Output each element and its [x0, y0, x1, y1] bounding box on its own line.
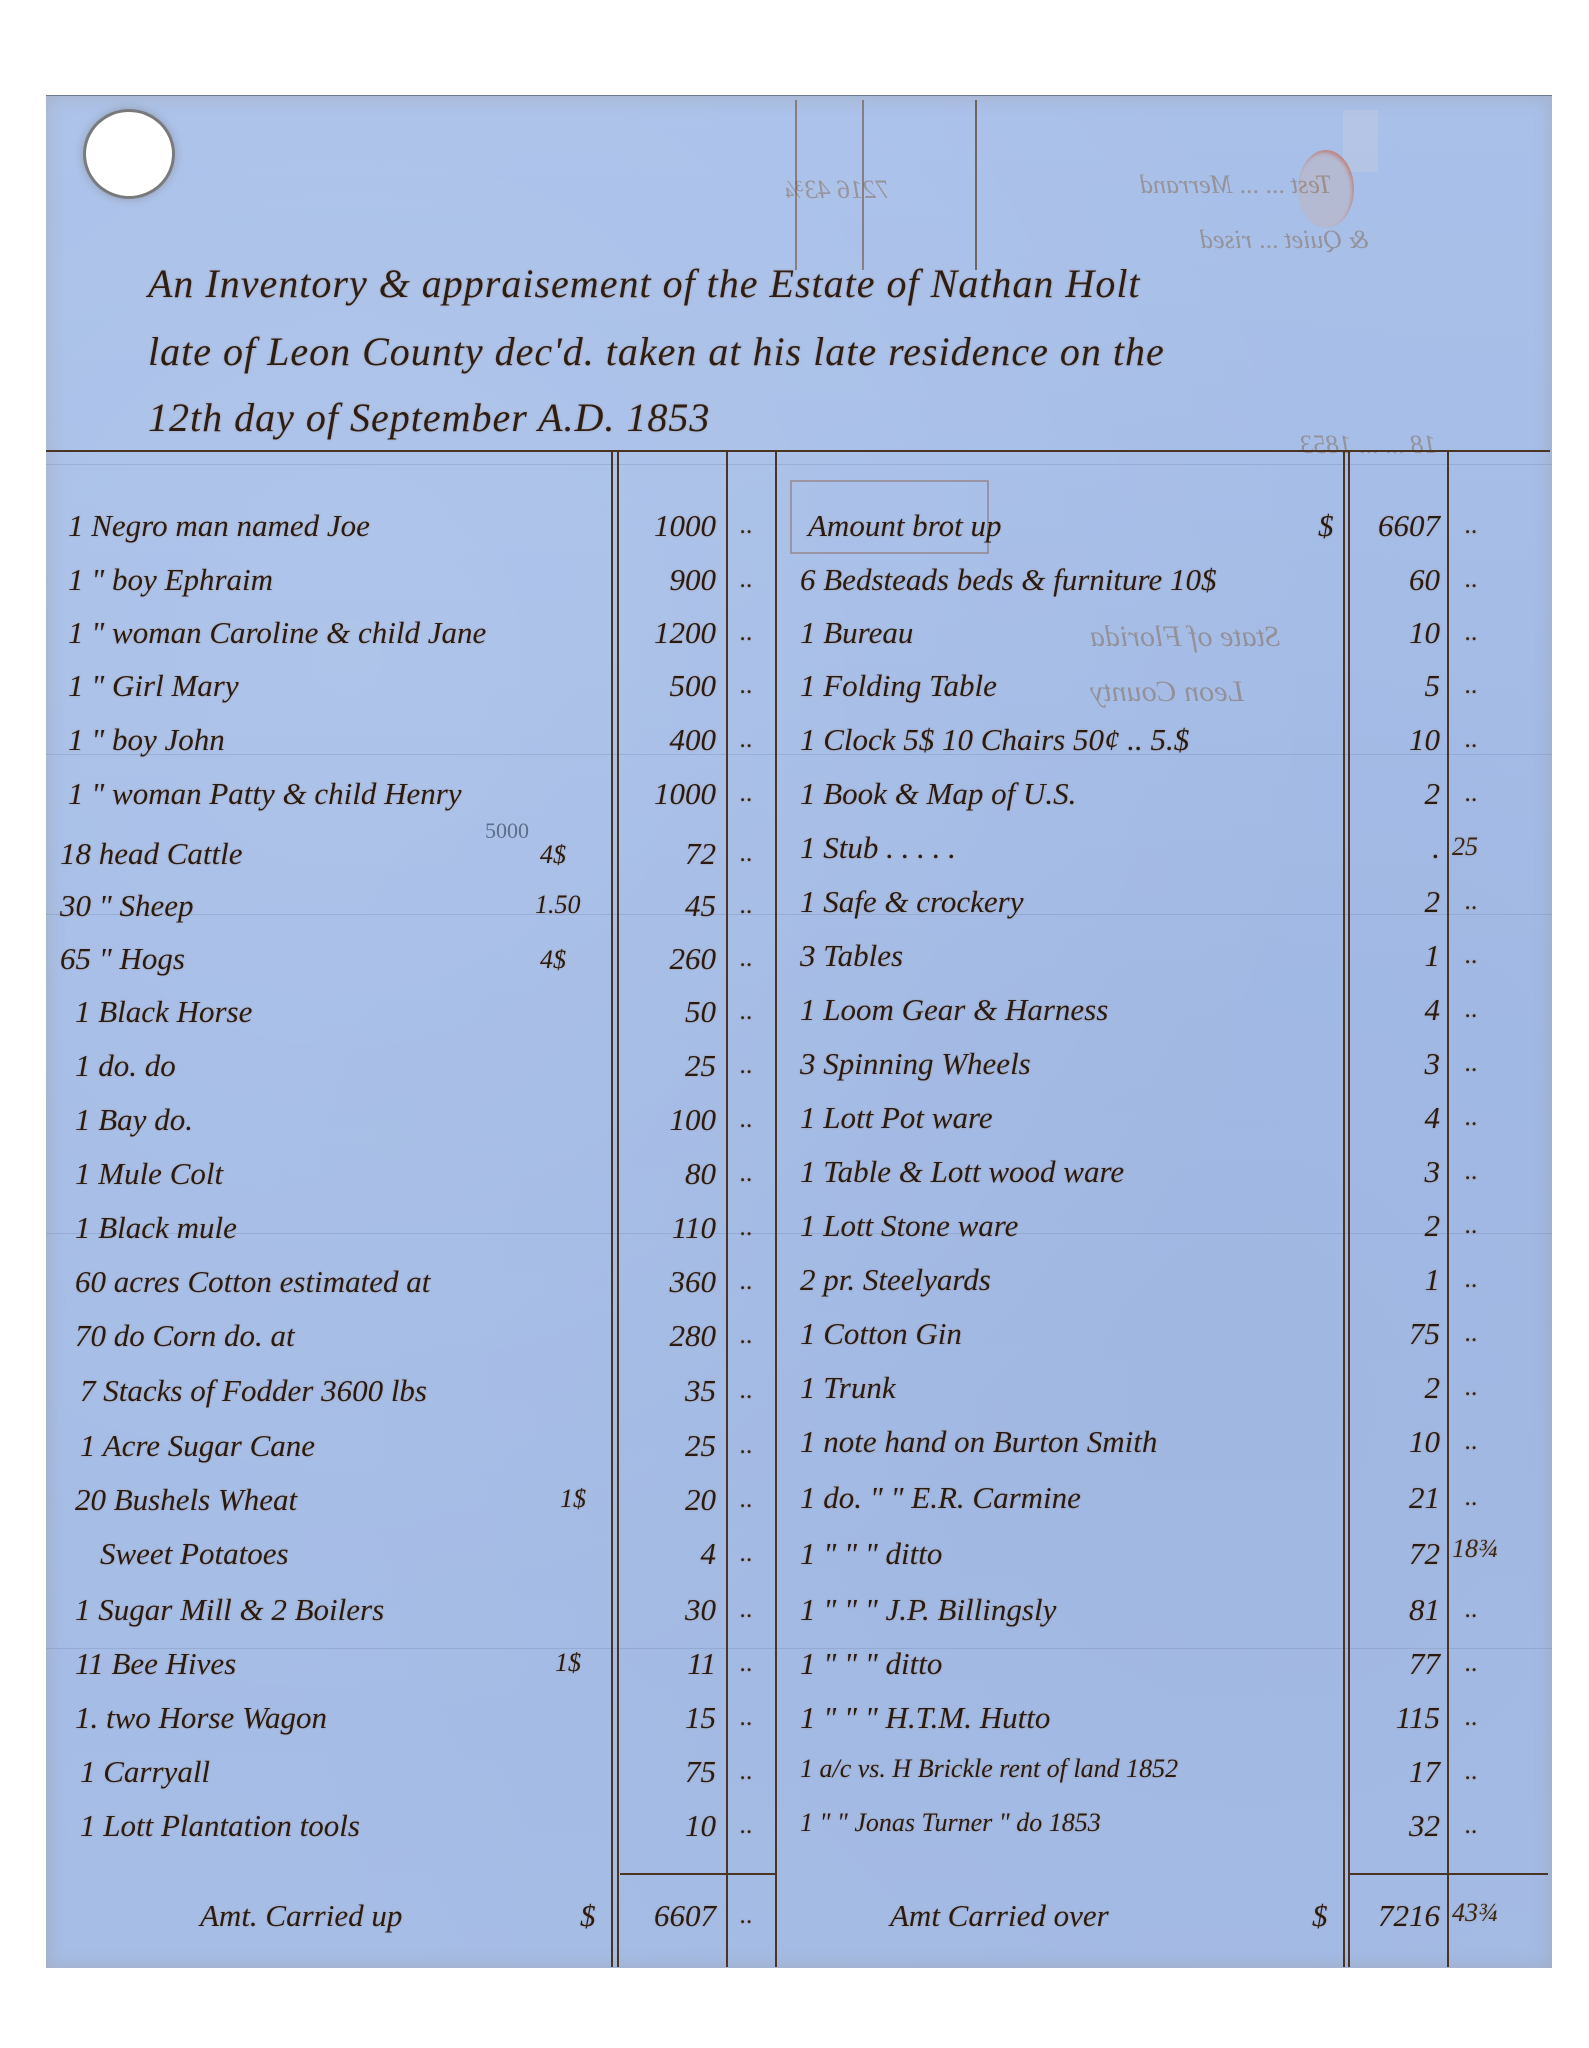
item-description: 1 Bureau [800, 617, 913, 648]
item-amount: 15 [618, 1702, 716, 1733]
item-rate: 1$ [555, 1650, 581, 1676]
item-cents: .. [1465, 1320, 1478, 1346]
item-amount: 400 [618, 724, 716, 755]
bleed-through-text: Leon County [1090, 675, 1244, 709]
right-amount-rule-a [1343, 452, 1345, 1967]
item-cents: .. [740, 1650, 753, 1676]
item-description: 1 " " " ditto [800, 1538, 942, 1569]
item-description: 1 Negro man named Joe [68, 510, 370, 541]
item-cents: .. [740, 1758, 753, 1784]
item-cents: .. [740, 726, 753, 752]
page-divider-rule [775, 452, 777, 1967]
item-amount: 110 [618, 1212, 716, 1243]
item-amount: 25 [618, 1050, 716, 1081]
item-amount: 45 [618, 890, 716, 921]
item-description: 1 " Girl Mary [68, 670, 239, 701]
item-rate: 1$ [560, 1486, 586, 1512]
item-description: Sweet Potatoes [100, 1538, 289, 1569]
document-title-line-1: An Inventory & appraisement of the Estat… [148, 260, 1141, 307]
item-amount: 32 [1350, 1810, 1440, 1841]
item-description: 1 Mule Colt [75, 1158, 223, 1189]
item-description: 1 Lott Plantation tools [80, 1810, 360, 1841]
item-description: 1 Acre Sugar Cane [80, 1430, 315, 1461]
paper-ruling [46, 1648, 1552, 1649]
item-cents: .. [1465, 512, 1478, 538]
document-title-line-3: 12th day of September A.D. 1853 [148, 394, 710, 441]
item-amount: 2 [1350, 778, 1440, 809]
item-cents: .. [1465, 1158, 1478, 1184]
right-subtotal-rule [1348, 1873, 1548, 1875]
item-amount: 360 [618, 1266, 716, 1297]
item-description: 7 Stacks of Fodder 3600 lbs [80, 1375, 427, 1406]
item-cents: .. [1465, 780, 1478, 806]
item-cents: .. [740, 672, 753, 698]
left-amount-rule-a [611, 452, 613, 1967]
item-cents: .. [740, 1160, 753, 1186]
item-amount: 80 [618, 1158, 716, 1189]
item-description: 1 Black Horse [75, 996, 252, 1027]
paper-ruling [46, 1233, 1552, 1234]
bleed-through-text: 7216 43¾ [785, 175, 889, 205]
item-cents: .. [1465, 1704, 1478, 1730]
item-amount: 75 [618, 1756, 716, 1787]
dollar-sign: $ [1318, 510, 1334, 541]
item-description: 1 Sugar Mill & 2 Boilers [75, 1594, 384, 1625]
item-cents: .. [740, 1377, 753, 1403]
item-cents: .. [1465, 1266, 1478, 1292]
item-amount: 1000 [618, 778, 716, 809]
paper-repair-patch [1343, 110, 1378, 172]
item-description: 60 acres Cotton estimated at [75, 1266, 430, 1297]
item-cents: .. [740, 1540, 753, 1566]
item-cents: .. [1465, 888, 1478, 914]
item-cents: .. [740, 1596, 753, 1622]
item-amount: 900 [618, 564, 716, 595]
item-cents: .. [1465, 619, 1478, 645]
item-amount: 21 [1350, 1482, 1440, 1513]
item-description: 30 " Sheep [60, 890, 194, 921]
item-amount: 3 [1350, 1048, 1440, 1079]
item-description: 3 Tables [800, 940, 903, 971]
item-amount: 1 [1350, 940, 1440, 971]
faint-column-rule [975, 100, 977, 270]
item-amount: 115 [1350, 1702, 1440, 1733]
bleed-through-text: 18 ... ... 1853 [1300, 430, 1437, 460]
item-cents: .. [1465, 1812, 1478, 1838]
item-description: 1 do. " " E.R. Carmine [800, 1482, 1081, 1513]
item-description: 1 " woman Patty & child Henry [68, 778, 462, 809]
item-description: 1 note hand on Burton Smith [800, 1426, 1157, 1457]
item-amount: 1000 [618, 510, 716, 541]
item-cents: .. [740, 566, 753, 592]
bleed-through-text: Test ... ... Merrand [1140, 170, 1332, 200]
item-cents: .. [740, 619, 753, 645]
item-amount: 2 [1350, 1372, 1440, 1403]
item-cents: .. [1465, 1428, 1478, 1454]
item-description: 1 do. do [75, 1050, 176, 1081]
paper-ruling [46, 914, 1552, 915]
item-rate: 4$ [540, 842, 566, 868]
item-description: 1 a/c vs. H Brickle rent of land 1852 [800, 1756, 1178, 1782]
item-amount: 50 [618, 996, 716, 1027]
item-description: 1 " boy Ephraim [68, 564, 273, 595]
item-description: 1 Black mule [75, 1212, 237, 1243]
dollar-sign: $ [580, 1900, 596, 1931]
item-amount: 4 [1350, 994, 1440, 1025]
item-description: 1 " " Jonas Turner " do 1853 [800, 1810, 1101, 1836]
bleed-through-text: & Quiet ... rised [1200, 225, 1369, 255]
right-cents-rule [1447, 452, 1449, 1967]
item-amount: 6607 [1350, 510, 1440, 541]
item-amount: 280 [618, 1320, 716, 1351]
item-cents: .. [1465, 726, 1478, 752]
total-cents: 43¾ [1452, 1900, 1498, 1926]
item-cents: .. [740, 1812, 753, 1838]
item-cents: .. [1465, 1484, 1478, 1510]
item-description: 1 Folding Table [800, 670, 997, 701]
pencil-annotation: 5000 [485, 818, 529, 844]
item-amount: 60 [1350, 564, 1440, 595]
ledger-sheet [46, 95, 1552, 1968]
item-cents: .. [740, 945, 753, 971]
item-description: 3 Spinning Wheels [800, 1048, 1031, 1079]
item-description: 1 Book & Map of U.S. [800, 778, 1076, 809]
item-amount: 81 [1350, 1594, 1440, 1625]
paper-ruling [46, 464, 1552, 465]
item-cents: .. [1465, 1650, 1478, 1676]
item-amount: 1 [1350, 1264, 1440, 1295]
item-amount: 20 [618, 1484, 716, 1515]
total-label: Amt Carried over [890, 1900, 1109, 1931]
left-cents-rule [726, 452, 728, 1967]
item-amount: 260 [618, 943, 716, 974]
item-amount: 4 [1350, 1102, 1440, 1133]
total-amount: 6607 [618, 1900, 716, 1931]
faint-column-rule [862, 100, 864, 270]
item-cents: .. [1465, 1104, 1478, 1130]
item-description: 1 Lott Stone ware [800, 1210, 1018, 1241]
item-cents: 25 [1452, 834, 1478, 860]
item-amount: 25 [618, 1430, 716, 1461]
item-amount: 500 [618, 670, 716, 701]
item-description: 6 Bedsteads beds & furniture 10$ [800, 564, 1216, 595]
item-cents: .. [740, 512, 753, 538]
item-cents: .. [740, 1052, 753, 1078]
item-amount: 77 [1350, 1648, 1440, 1679]
item-description: 11 Bee Hives [75, 1648, 236, 1679]
item-amount: 10 [1350, 1426, 1440, 1457]
item-amount: 72 [618, 838, 716, 869]
item-cents: .. [1465, 566, 1478, 592]
item-amount: 72 [1350, 1538, 1440, 1569]
item-cents: .. [1465, 1374, 1478, 1400]
item-cents: .. [1465, 996, 1478, 1022]
item-amount: 5 [1350, 670, 1440, 701]
item-description: 1 " " " H.T.M. Hutto [800, 1702, 1050, 1733]
total-label: Amt. Carried up [200, 1900, 402, 1931]
item-description: 1 Trunk [800, 1372, 896, 1403]
item-amount: 75 [1350, 1318, 1440, 1349]
item-amount: 10 [1350, 724, 1440, 755]
bleed-through-text: State of Florida [1090, 620, 1280, 654]
header-rule [46, 450, 1550, 452]
item-description: 1 Stub . . . . . [800, 832, 956, 863]
item-description: 1 " woman Caroline & child Jane [68, 617, 486, 648]
item-description: Amount brot up [808, 510, 1001, 541]
item-amount: 11 [618, 1648, 716, 1679]
item-cents: .. [740, 1268, 753, 1294]
document-title-line-2: late of Leon County dec'd. taken at his … [148, 328, 1165, 375]
item-amount: 17 [1350, 1756, 1440, 1787]
item-description: 2 pr. Steelyards [800, 1264, 991, 1295]
item-description: 1 Clock 5$ 10 Chairs 50¢ .. 5.$ [800, 724, 1189, 755]
item-description: 1 Carryall [80, 1756, 210, 1787]
item-cents: .. [740, 840, 753, 866]
item-amount: 35 [618, 1375, 716, 1406]
item-amount: 2 [1350, 1210, 1440, 1241]
item-description: 1 " boy John [68, 724, 225, 755]
punch-hole [86, 112, 172, 196]
item-amount: 100 [618, 1104, 716, 1135]
item-description: 18 head Cattle [60, 838, 243, 869]
item-cents: .. [740, 1432, 753, 1458]
item-amount: 10 [618, 1810, 716, 1841]
item-cents: .. [1465, 672, 1478, 698]
item-cents: .. [1465, 1758, 1478, 1784]
item-amount: 10 [1350, 617, 1440, 648]
item-description: 1 Cotton Gin [800, 1318, 962, 1349]
item-description: 70 do Corn do. at [75, 1320, 295, 1351]
total-cents: .. [740, 1902, 753, 1928]
faint-column-rule [795, 100, 797, 270]
item-cents: .. [740, 1106, 753, 1132]
item-cents: .. [740, 892, 753, 918]
item-description: 1 Bay do. [75, 1104, 193, 1135]
item-cents: .. [740, 998, 753, 1024]
item-cents: .. [740, 1214, 753, 1240]
item-amount: 4 [618, 1538, 716, 1569]
item-description: 1 " " " ditto [800, 1648, 942, 1679]
item-amount: . [1350, 832, 1440, 863]
item-cents: .. [1465, 1050, 1478, 1076]
item-description: 20 Bushels Wheat [75, 1484, 297, 1515]
item-description: 1. two Horse Wagon [75, 1702, 327, 1733]
dollar-sign: $ [1312, 1900, 1328, 1931]
item-description: 1 Lott Pot ware [800, 1102, 993, 1133]
item-description: 1 Table & Lott wood ware [800, 1156, 1124, 1187]
item-rate: 4$ [540, 947, 566, 973]
item-amount: 1200 [618, 617, 716, 648]
item-description: 1 Safe & crockery [800, 886, 1024, 917]
total-amount: 7216 [1350, 1900, 1440, 1931]
item-amount: 2 [1350, 886, 1440, 917]
item-description: 1 " " " J.P. Billingsly [800, 1594, 1056, 1625]
item-amount: 30 [618, 1594, 716, 1625]
item-description: 1 Loom Gear & Harness [800, 994, 1108, 1025]
left-subtotal-rule [620, 1873, 775, 1875]
item-cents: .. [1465, 1212, 1478, 1238]
paper-ruling [46, 754, 1552, 755]
item-cents: .. [1465, 942, 1478, 968]
item-cents: .. [740, 1486, 753, 1512]
item-cents: .. [1465, 1596, 1478, 1622]
item-cents: .. [740, 780, 753, 806]
item-description: 65 " Hogs [60, 943, 185, 974]
item-amount: 3 [1350, 1156, 1440, 1187]
item-cents: .. [740, 1322, 753, 1348]
item-rate: 1.50 [535, 892, 581, 918]
item-cents: .. [740, 1704, 753, 1730]
item-cents: 18¾ [1452, 1536, 1498, 1562]
